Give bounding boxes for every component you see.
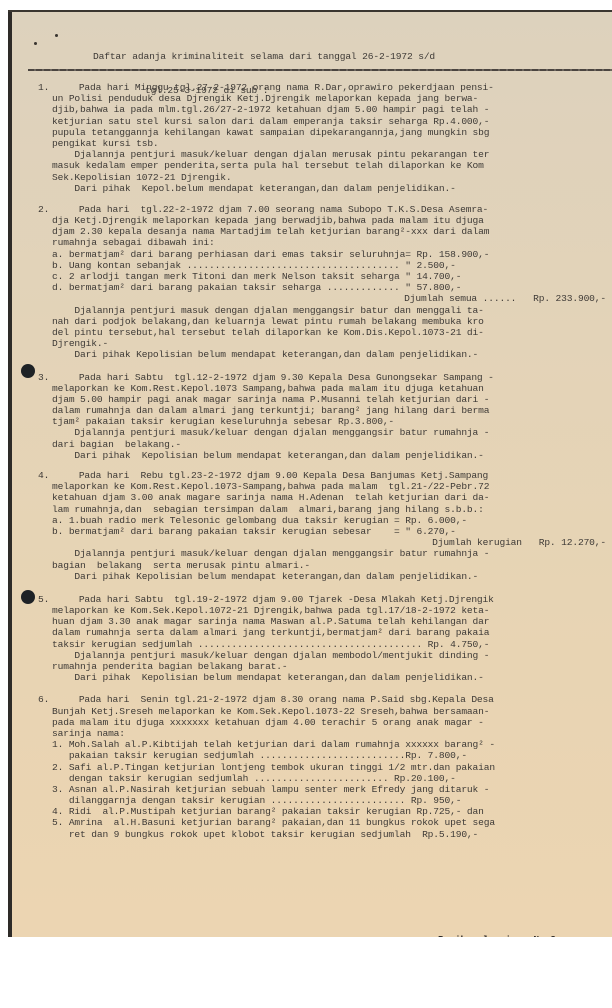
- item-text: Pada hari Rebu tgl.23-2-1972 djam 9.00 K…: [62, 470, 488, 481]
- item-line: lam rumahnja,dan sebagian tersimpan dala…: [38, 504, 612, 515]
- report-item-2: 2. Pada hari tgl.22-2-1972 djam 7.00 seo…: [38, 204, 612, 361]
- item-number: 6.: [38, 694, 62, 705]
- item-first-line: 5. Pada hari Sabtu tgl.19-2-1972 djam 9.…: [38, 594, 612, 605]
- item-line: djam 2.30 kepala desanja nama Martadjim …: [38, 226, 612, 237]
- item-text: Pada hari Sabtu tgl.19-2-1972 djam 9.00 …: [62, 594, 494, 605]
- item-number: 5.: [38, 594, 62, 605]
- item-line: Sek.Kepolisian 1072-21 Djrengik.: [38, 172, 612, 183]
- punch-hole: [21, 364, 35, 378]
- loss-total: Djumlah semua ...... Rp. 233.900,-: [38, 293, 612, 304]
- item-line: nah dari podjok belakang,dan keluarnja l…: [38, 316, 612, 327]
- item-line: djam 5.00 hampir pagi anak magar sarinja…: [38, 394, 612, 405]
- victim-line: dilanggarnja dengan taksir kerugian ....…: [38, 795, 612, 806]
- item-line: masuk kedalam emper penderita,serta pula…: [38, 160, 612, 171]
- item-first-line: 3. Pada hari Sabtu tgl.12-2-1972 djam 9.…: [38, 372, 612, 383]
- item-number: 2.: [38, 204, 62, 215]
- item-line: pupula tetanggannja kehilangan kawat sam…: [38, 127, 612, 138]
- report-item-5: 5. Pada hari Sabtu tgl.19-2-1972 djam 9.…: [38, 594, 612, 684]
- ink-speck: [55, 34, 58, 37]
- victim-line: 4. Ridi al.P.Mustipah ketjurian barang² …: [38, 806, 612, 817]
- loss-line: b. Uang kontan sebanjak ................…: [38, 260, 612, 271]
- report-item-1: 1. Pada hari Minggu tgl.27-2-1972 orang …: [38, 82, 612, 194]
- item-line: Djalannja pentjuri masuk/keluar dengan d…: [38, 149, 612, 160]
- item-line: pengikat kursi tsb.: [38, 138, 612, 149]
- item-line: taksir kerugian sedjumlah ..............…: [38, 639, 612, 650]
- loss-total: Djumlah kerugian Rp. 12.270,-: [38, 537, 612, 548]
- item-line: Dari pihak Kepolisian belum mendapat ket…: [38, 672, 612, 683]
- item-line: rumahnja penderita bagian belakang barat…: [38, 661, 612, 672]
- title-line-1: Daftar adanja kriminaliteit selama dari …: [93, 51, 435, 62]
- item-text: Pada hari Sabtu tgl.12-2-1972 djam 9.30 …: [62, 372, 494, 383]
- punch-hole: [21, 590, 35, 604]
- item-line: Djalannja pentjuri masuk/keluar dengan d…: [38, 548, 612, 559]
- item-line: tjam² pakaian taksir kerugian keseluruhn…: [38, 416, 612, 427]
- item-first-line: 6. Pada hari Senin tgl.21-2-1972 djam 8.…: [38, 694, 612, 705]
- item-line: Bunjah Ketj.Sreseh melaporkan ke Kom.Sek…: [38, 706, 612, 717]
- item-line: Djrengik.-: [38, 338, 612, 349]
- title-divider: [28, 69, 612, 71]
- item-line: ketjurian satu stel kursi salon dari dal…: [38, 116, 612, 127]
- loss-line: c. 2 arlodji tangan merk Titoni dan merk…: [38, 271, 612, 282]
- loss-line: a. bermatjam² dari barang perhiasan dari…: [38, 249, 612, 260]
- item-number: 1.: [38, 82, 62, 93]
- item-line: pada malam itu djuga xxxxxxx ketahuan dj…: [38, 717, 612, 728]
- item-line: Dari pihak Kepol.belum mendapat keterang…: [38, 183, 612, 194]
- item-line: Djalannja pentjuri masuk/keluar dengan d…: [38, 650, 612, 661]
- victim-line: 5. Amrina al.H.Basuni ketjurian barang² …: [38, 817, 612, 828]
- report-item-6: 6. Pada hari Senin tgl.21-2-1972 djam 8.…: [38, 694, 612, 839]
- ink-speck: [34, 42, 37, 45]
- victim-line: 2. Safi al.P.Tingan ketjurian lontjeng t…: [38, 762, 612, 773]
- report-item-4: 4. Pada hari Rebu tgl.23-2-1972 djam 9.0…: [38, 470, 612, 582]
- item-line: Djalannja pentjuri masuk/keluar dengan d…: [38, 427, 612, 438]
- item-line: bagian belakang serta merusak pintu alma…: [38, 560, 612, 571]
- item-text: Pada hari Senin tgl.21-2-1972 djam 8.30 …: [62, 694, 494, 705]
- item-line: Djalannja pentjuri masuk dengan djalan m…: [38, 305, 612, 316]
- item-line: Dari pihak Kepolisian belum mendapat ket…: [38, 450, 612, 461]
- report-item-3: 3. Pada hari Sabtu tgl.12-2-1972 djam 9.…: [38, 372, 612, 462]
- item-line: melaporkan ke Kom.Rest.Kepol.1073-Sampan…: [38, 481, 612, 492]
- item-line: Dari pihak Kepolisian belum mendapat ket…: [38, 571, 612, 582]
- item-number: 4.: [38, 470, 62, 481]
- item-line: melaporkan ke Kom.Sek.Kepol.1072-21 Djre…: [38, 605, 612, 616]
- item-line: del pintu tersebut,hal tersebut telah di…: [38, 327, 612, 338]
- victim-line: pakaian taksir kerugian sedjumlah ......…: [38, 750, 612, 761]
- victim-line: 1. Moh.Salah al.P.Kibtijah telah ketjuri…: [38, 739, 612, 750]
- item-text: Pada hari tgl.22-2-1972 djam 7.00 seoran…: [62, 204, 488, 215]
- footer-note: Periksa lampiran No.2.-: [438, 934, 567, 937]
- item-line: dalam rumahnja serta dalam almari jang t…: [38, 627, 612, 638]
- scanned-document-page: Daftar adanja kriminaliteit selama dari …: [8, 10, 612, 937]
- item-first-line: 1. Pada hari Minggu tgl.27-2-1972 orang …: [38, 82, 612, 93]
- item-line: djib,bahwa ia pada mlm.tgl.26/27-2-1972 …: [38, 104, 612, 115]
- item-text: Pada hari Minggu tgl.27-2-1972 orang nam…: [62, 82, 494, 93]
- loss-line: b. bermatjam² dari barang pakaian taksir…: [38, 526, 612, 537]
- item-line: un Polisi penduduk desa Djrengik Ketj.Dj…: [38, 93, 612, 104]
- item-line: melaporkan ke Kom.Rest.Kepol.1073 Sampan…: [38, 383, 612, 394]
- item-line: huan djam 3.30 anak magar sarinja nama M…: [38, 616, 612, 627]
- item-line: rumahnja sebagai dibawah ini:: [38, 237, 612, 248]
- item-line: ketahuan djam 3.00 anak magare sarinja n…: [38, 492, 612, 503]
- item-number: 3.: [38, 372, 62, 383]
- victim-line: 3. Asnan al.P.Nasirah ketjurian sebuah l…: [38, 784, 612, 795]
- item-first-line: 4. Pada hari Rebu tgl.23-2-1972 djam 9.0…: [38, 470, 612, 481]
- victim-line: dengan taksir kerugian sedjumlah .......…: [38, 773, 612, 784]
- item-first-line: 2. Pada hari tgl.22-2-1972 djam 7.00 seo…: [38, 204, 612, 215]
- item-line: dja Ketj.Djrengik melaporkan kepada jang…: [38, 215, 612, 226]
- item-line: dalam rumahnja dan dalam almari jang ter…: [38, 405, 612, 416]
- item-line: sarinja nama:: [38, 728, 612, 739]
- loss-line: d. bermatjam² dari barang pakaian taksir…: [38, 282, 612, 293]
- victim-line: ret dan 9 bungkus rokok upet klobot taks…: [38, 829, 612, 840]
- item-line: Dari pihak Kepolisian belum mendapat ket…: [38, 349, 612, 360]
- loss-line: a. 1.buah radio merk Telesonic gelombang…: [38, 515, 612, 526]
- item-line: dari bagian belakang.-: [38, 439, 612, 450]
- report-body: 1. Pada hari Minggu tgl.27-2-1972 orang …: [38, 82, 612, 840]
